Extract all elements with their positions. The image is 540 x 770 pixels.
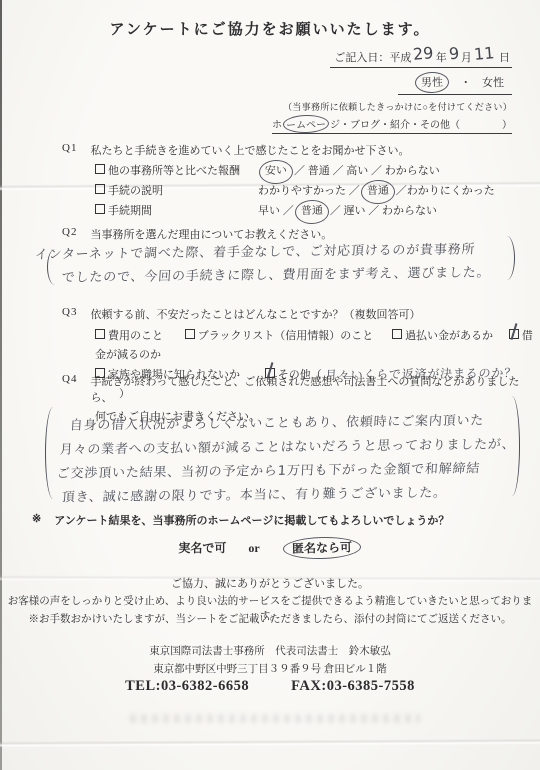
q4-answer-line2: 月々の業者への支払い額が減ることはないだろうと思っておりましたが、 bbox=[59, 433, 516, 458]
scan-crease bbox=[0, 739, 540, 748]
choice-anonymous: 匿名なら可 bbox=[291, 540, 351, 556]
checkbox-checked-icon bbox=[509, 329, 519, 339]
circle-mark-normal-2: 普通 bbox=[294, 200, 329, 225]
publish-mark: ※ bbox=[32, 512, 41, 528]
q1-explanation-before: わかりやすかった ／ bbox=[258, 185, 360, 197]
q1-explanation-after: ／わかりにくかった bbox=[396, 185, 495, 197]
q3-option-overpaid: 過払い金があるか bbox=[392, 330, 493, 342]
q3-option-overpaid-text: 過払い金があるか bbox=[405, 330, 493, 342]
q1-duration-before: 早い ／ bbox=[258, 205, 294, 217]
gender-female: 女性 bbox=[482, 77, 504, 89]
q1-fee-circled: 安い bbox=[265, 165, 287, 178]
q4-number: Q4 bbox=[62, 373, 77, 405]
circle-mark-anonymous: 匿名なら可 bbox=[282, 536, 361, 560]
q1-duration-circled: 普通 bbox=[301, 205, 323, 218]
q1-row-duration: 手続期間 早い ／普通／ 遅い ／ わからない bbox=[95, 202, 495, 222]
q3-options-row1: 費用のこと ブラックリスト（信用情報）のこと 過払い金があるか 借金が減るのか bbox=[95, 327, 540, 365]
question-1: Q1 私たちと手続きを進めていく上で感じたことをお聞かせ下さい。 他の事務所等と… bbox=[62, 142, 495, 222]
circle-mark-cheap: 安い bbox=[259, 160, 294, 185]
q1-duration-label-text: 手続期間 bbox=[108, 205, 152, 217]
q1-duration-after: ／ 遅い ／ わからない bbox=[330, 205, 437, 217]
checkbox-icon bbox=[95, 164, 105, 174]
q3-option-blacklist-text: ブラックリスト（信用情報）のこと bbox=[198, 330, 374, 342]
handwritten-paren-right bbox=[499, 236, 515, 280]
q3-option-fee-text: 費用のこと bbox=[108, 330, 163, 342]
q1-row-explanation: 手続の説明 わかりやすかった ／普通／わかりにくかった bbox=[95, 182, 495, 202]
page-title: アンケートにご協力をお願いいたします。 bbox=[0, 18, 540, 39]
office-name: 東京国際司法書士事務所 代表司法書士 鈴木敏弘 bbox=[0, 643, 540, 658]
office-tel: TEL:03-6382-6658 bbox=[125, 678, 249, 695]
checkbox-icon bbox=[392, 329, 402, 339]
ink-bleed-through bbox=[130, 714, 420, 723]
q3-option-fee: 費用のこと bbox=[95, 330, 163, 342]
handwritten-year: 29 bbox=[411, 48, 436, 60]
circle-mark-normal-1: 普通 bbox=[360, 180, 395, 205]
publish-choices: 実名で可 or 匿名なら可 bbox=[0, 539, 540, 557]
checkbox-icon bbox=[95, 204, 105, 214]
q1-fee-options: 安い／ 普通 ／ 高い ／ わからない bbox=[258, 162, 440, 182]
q1-duration-options: 早い ／普通／ 遅い ／ わからない bbox=[258, 202, 437, 222]
circle-mark-homepage: ームペー bbox=[283, 114, 329, 133]
q4-answer-line3: ご交渉頂いた結果、当初の予定から1万円も下がった金額で和解締結 bbox=[56, 457, 481, 481]
q3-question: 依頼する前、不安だったことはどんなことですか？（複数回答可） bbox=[90, 306, 420, 322]
q2-number: Q2 bbox=[62, 226, 77, 242]
office-fax: FAX:03-6385-7558 bbox=[291, 678, 415, 695]
q1-row-duration-label: 手続期間 bbox=[95, 202, 258, 221]
handwritten-day: 11 bbox=[472, 48, 497, 60]
q1-row-fee: 他の事務所等と比べた報酬 安い／ 普通 ／ 高い ／ わからない bbox=[95, 162, 495, 182]
q1-explanation-circled: 普通 bbox=[367, 185, 389, 198]
gender-separator: ・ bbox=[452, 77, 479, 89]
choice-real-name: 実名で可 bbox=[178, 539, 226, 556]
q1-explanation-label-text: 手続の説明 bbox=[108, 185, 163, 197]
q2-answer-line1: インターネットで調べた際、着手金なしで、ご対応頂けるのが貴事務所 bbox=[34, 238, 476, 262]
entry-date-line: ご記入日：平成29年9月11 日 bbox=[330, 49, 512, 68]
publish-question-text: アンケート結果を、当事務所のホームページに掲載してもよろしいでしょうか？ bbox=[54, 512, 449, 528]
q1-fee-after: ／ 普通 ／ 高い ／ わからない bbox=[294, 165, 440, 177]
circle-mark-male: 男性 bbox=[414, 72, 449, 94]
gender-line: 男性 ・ 女性 bbox=[398, 74, 513, 95]
q1-fee-label-text: 他の事務所等と比べた報酬 bbox=[108, 165, 240, 177]
day-unit: 日 bbox=[499, 52, 510, 64]
q1-number: Q1 bbox=[62, 142, 77, 158]
referral-options-line: ホームページ・ブログ・紹介・その他（） bbox=[272, 116, 512, 134]
publish-consent-question: ※ アンケート結果を、当事務所のホームページに掲載してもよろしいでしょうか？ bbox=[32, 512, 449, 528]
handwritten-month: 9 bbox=[446, 48, 461, 59]
closing-thanks: ご協力、誠にありがとうございました。 bbox=[0, 575, 540, 591]
closing-return-note: ※お手数おかけいたしますが、当シートをご記載いただきましたら、添付の封筒にてご返… bbox=[0, 611, 540, 626]
q4-question-line1: 手続きが終わって感じたこと、ご依頼された感想や司法書士への質問などがありましたら… bbox=[90, 373, 540, 405]
gender-male: 男性 bbox=[420, 77, 442, 90]
q2-answer-line2: でしたので、今回の手続きに際し、費用面をまず考え、選びました。 bbox=[61, 261, 491, 285]
q3-option-blacklist: ブラックリスト（信用情報）のこと bbox=[185, 330, 374, 342]
q1-explanation-options: わかりやすかった ／普通／わかりにくかった bbox=[258, 182, 495, 202]
entry-date-label: ご記入日：平成 bbox=[334, 52, 411, 64]
office-contact: TEL:03-6382-6658 FAX:03-6385-7558 bbox=[0, 678, 540, 695]
q1-row-explanation-label: 手続の説明 bbox=[95, 182, 258, 201]
referral-pre: ホ bbox=[272, 120, 282, 131]
checkbox-icon bbox=[95, 329, 105, 339]
q1-question: 私たちと手続きを進めていく上で感じたことをお聞かせ下さい。 bbox=[90, 142, 409, 158]
checkbox-icon bbox=[95, 184, 105, 194]
referral-rest: ジ・ブログ・紹介・その他（ bbox=[330, 120, 460, 131]
choice-or: or bbox=[248, 541, 259, 556]
q4-answer-line1: 自身の借入状況がよろしくないこともあり、依頼時にご案内頂いた bbox=[69, 409, 484, 433]
referral-close: ） bbox=[502, 120, 512, 131]
office-address: 東京都中野区中野三丁目３９番９号 倉田ビル１階 bbox=[0, 661, 540, 676]
scanned-survey-page: アンケートにご協力をお願いいたします。 ご記入日：平成29年9月11 日 男性 … bbox=[0, 0, 540, 770]
q4-answer-line4: 頂き、誠に感謝の限りです。本当に、有り難うございました。 bbox=[61, 482, 447, 506]
referral-note: （当事務所に依頼したきっかけに○を付けてください） bbox=[283, 100, 512, 113]
year-unit: 年 bbox=[436, 52, 447, 64]
q1-row-fee-label: 他の事務所等と比べた報酬 bbox=[95, 162, 258, 181]
checkbox-icon bbox=[185, 329, 195, 339]
q3-number: Q3 bbox=[62, 306, 77, 322]
referral-circled: ームペー bbox=[286, 119, 326, 131]
month-unit: 月 bbox=[461, 52, 472, 64]
